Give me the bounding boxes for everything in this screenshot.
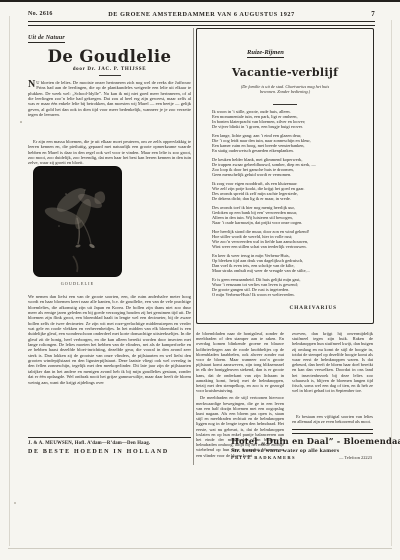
poem-stanza-4: Ik zorg voor eigen nooddruft, als een kl… bbox=[212, 182, 367, 202]
meuwsen-ad-line1: J. & A. MEUWSEN, Hofl. A’dam—R’dam—Den H… bbox=[28, 441, 191, 446]
meuwsen-ad-line2: DE BESTE HOEDEN IN HOLLAND bbox=[28, 449, 191, 455]
poem-stanza-2: Een lange, lichte gang; aan ’t eind een … bbox=[212, 134, 367, 154]
hotel-ad: Hotel „Duin en Daal” - Bloemendaal Str. … bbox=[231, 436, 372, 460]
page-left-edge bbox=[9, 16, 10, 546]
scan-speck bbox=[14, 502, 16, 504]
poem-divider bbox=[273, 104, 297, 105]
hotel-ad-line2: Str. koud en warm water op alle kamers bbox=[231, 448, 372, 454]
goudlelie-photo bbox=[33, 166, 122, 277]
poem-stanzas: Ik woon in ’t stille, groote, oude huis,… bbox=[212, 110, 367, 302]
poem-rubric: Ruize-Rijmen bbox=[247, 49, 284, 58]
article-column-left-continued: We nemen dan liefst een van de groote so… bbox=[28, 294, 191, 434]
hotel-ad-telefoon: — Telefoon 22223 bbox=[339, 455, 372, 460]
right-column-closing-paragraph: Er bestaan een vijftigtal soorten van le… bbox=[292, 414, 373, 424]
article-column-right: zweven, dan krijgt hij onvermijdelijk st… bbox=[292, 331, 373, 424]
drop-cap: N bbox=[28, 80, 36, 90]
hotel-ad-badkamers: PRIVÉ BADKAMERS bbox=[231, 455, 296, 460]
article-title: De Goudlelie bbox=[28, 48, 191, 65]
masthead: No. 2616 DE GROENE AMSTERDAMMER VAN 6 AU… bbox=[28, 10, 375, 20]
hotel-ad-rule bbox=[292, 429, 373, 434]
poem-stanza-5: Des avonds toef ik hier nog menig heerli… bbox=[212, 206, 367, 226]
page-bottom-edge bbox=[8, 548, 392, 549]
masthead-page-number: 7 bbox=[371, 10, 375, 18]
column-divider-rule bbox=[193, 28, 194, 465]
article-paragraph-1-text: U bloeien de lelies. De mooiste onzer he… bbox=[28, 80, 191, 117]
poem-stanza-3: De keuken helder blank, met glimmend kop… bbox=[212, 158, 367, 178]
masthead-title: DE GROENE AMSTERDAMMER VAN 6 AUGUSTUS 19… bbox=[28, 11, 375, 18]
newspaper-page: No. 2616 DE GROENE AMSTERDAMMER VAN 6 AU… bbox=[0, 0, 400, 560]
lily-illustration bbox=[33, 166, 122, 277]
article-paragraph-1: NU bloeien de lelies. De mooiste onzer h… bbox=[28, 80, 191, 138]
poem-stanza-1: Ik woon in ’t stille, groote, oude huis,… bbox=[212, 110, 367, 130]
scan-speck bbox=[20, 121, 22, 123]
article-byline: door Dr. JAC. P. THIJSSE bbox=[28, 67, 191, 72]
poem-title: Vacantie-verblijf bbox=[197, 66, 373, 79]
poem-stanza-6: Hoe heerlijk stond die muur, door zon en… bbox=[212, 230, 367, 250]
meuwsen-ad-rule bbox=[28, 437, 191, 438]
hotel-ad-line3: PRIVÉ BADKAMERS — Telefoon 22223 bbox=[231, 455, 372, 460]
article-rubric: Uit de Natuur bbox=[28, 35, 65, 43]
right-column-paragraph-1: zweven, dan krijgt hij onvermijdelijk st… bbox=[292, 331, 373, 412]
poem-stanza-7: En keer ik weer terug in mijn Verbena-Hu… bbox=[212, 254, 367, 274]
poem-box: Ruize-Rijmen Vacantie-verblijf (De famil… bbox=[196, 28, 374, 324]
poem-subtitle-line2: bewonen. Zonder bediening.) bbox=[197, 89, 373, 94]
byline-divider bbox=[99, 75, 121, 76]
poem-subtitle: (De familie is uit de stad. Charivarius … bbox=[197, 84, 373, 95]
page-right-edge bbox=[391, 20, 392, 546]
photo-caption: GOUDLELIE bbox=[33, 281, 122, 286]
page-top-edge bbox=[0, 0, 400, 2]
poem-signature: CHARIVARIUS bbox=[289, 305, 337, 311]
article-column-left: Uit de Natuur De Goudlelie door Dr. JAC.… bbox=[28, 26, 191, 172]
middle-column-paragraph-1: de bloembladen naar de honigsleuf, zonde… bbox=[196, 331, 284, 393]
hotel-ad-name: Hotel „Duin en Daal” - Bloemendaal bbox=[231, 436, 372, 446]
poem-stanza-8: Er is geen eenzaamheid. Dit huis gelijkt… bbox=[212, 278, 367, 298]
